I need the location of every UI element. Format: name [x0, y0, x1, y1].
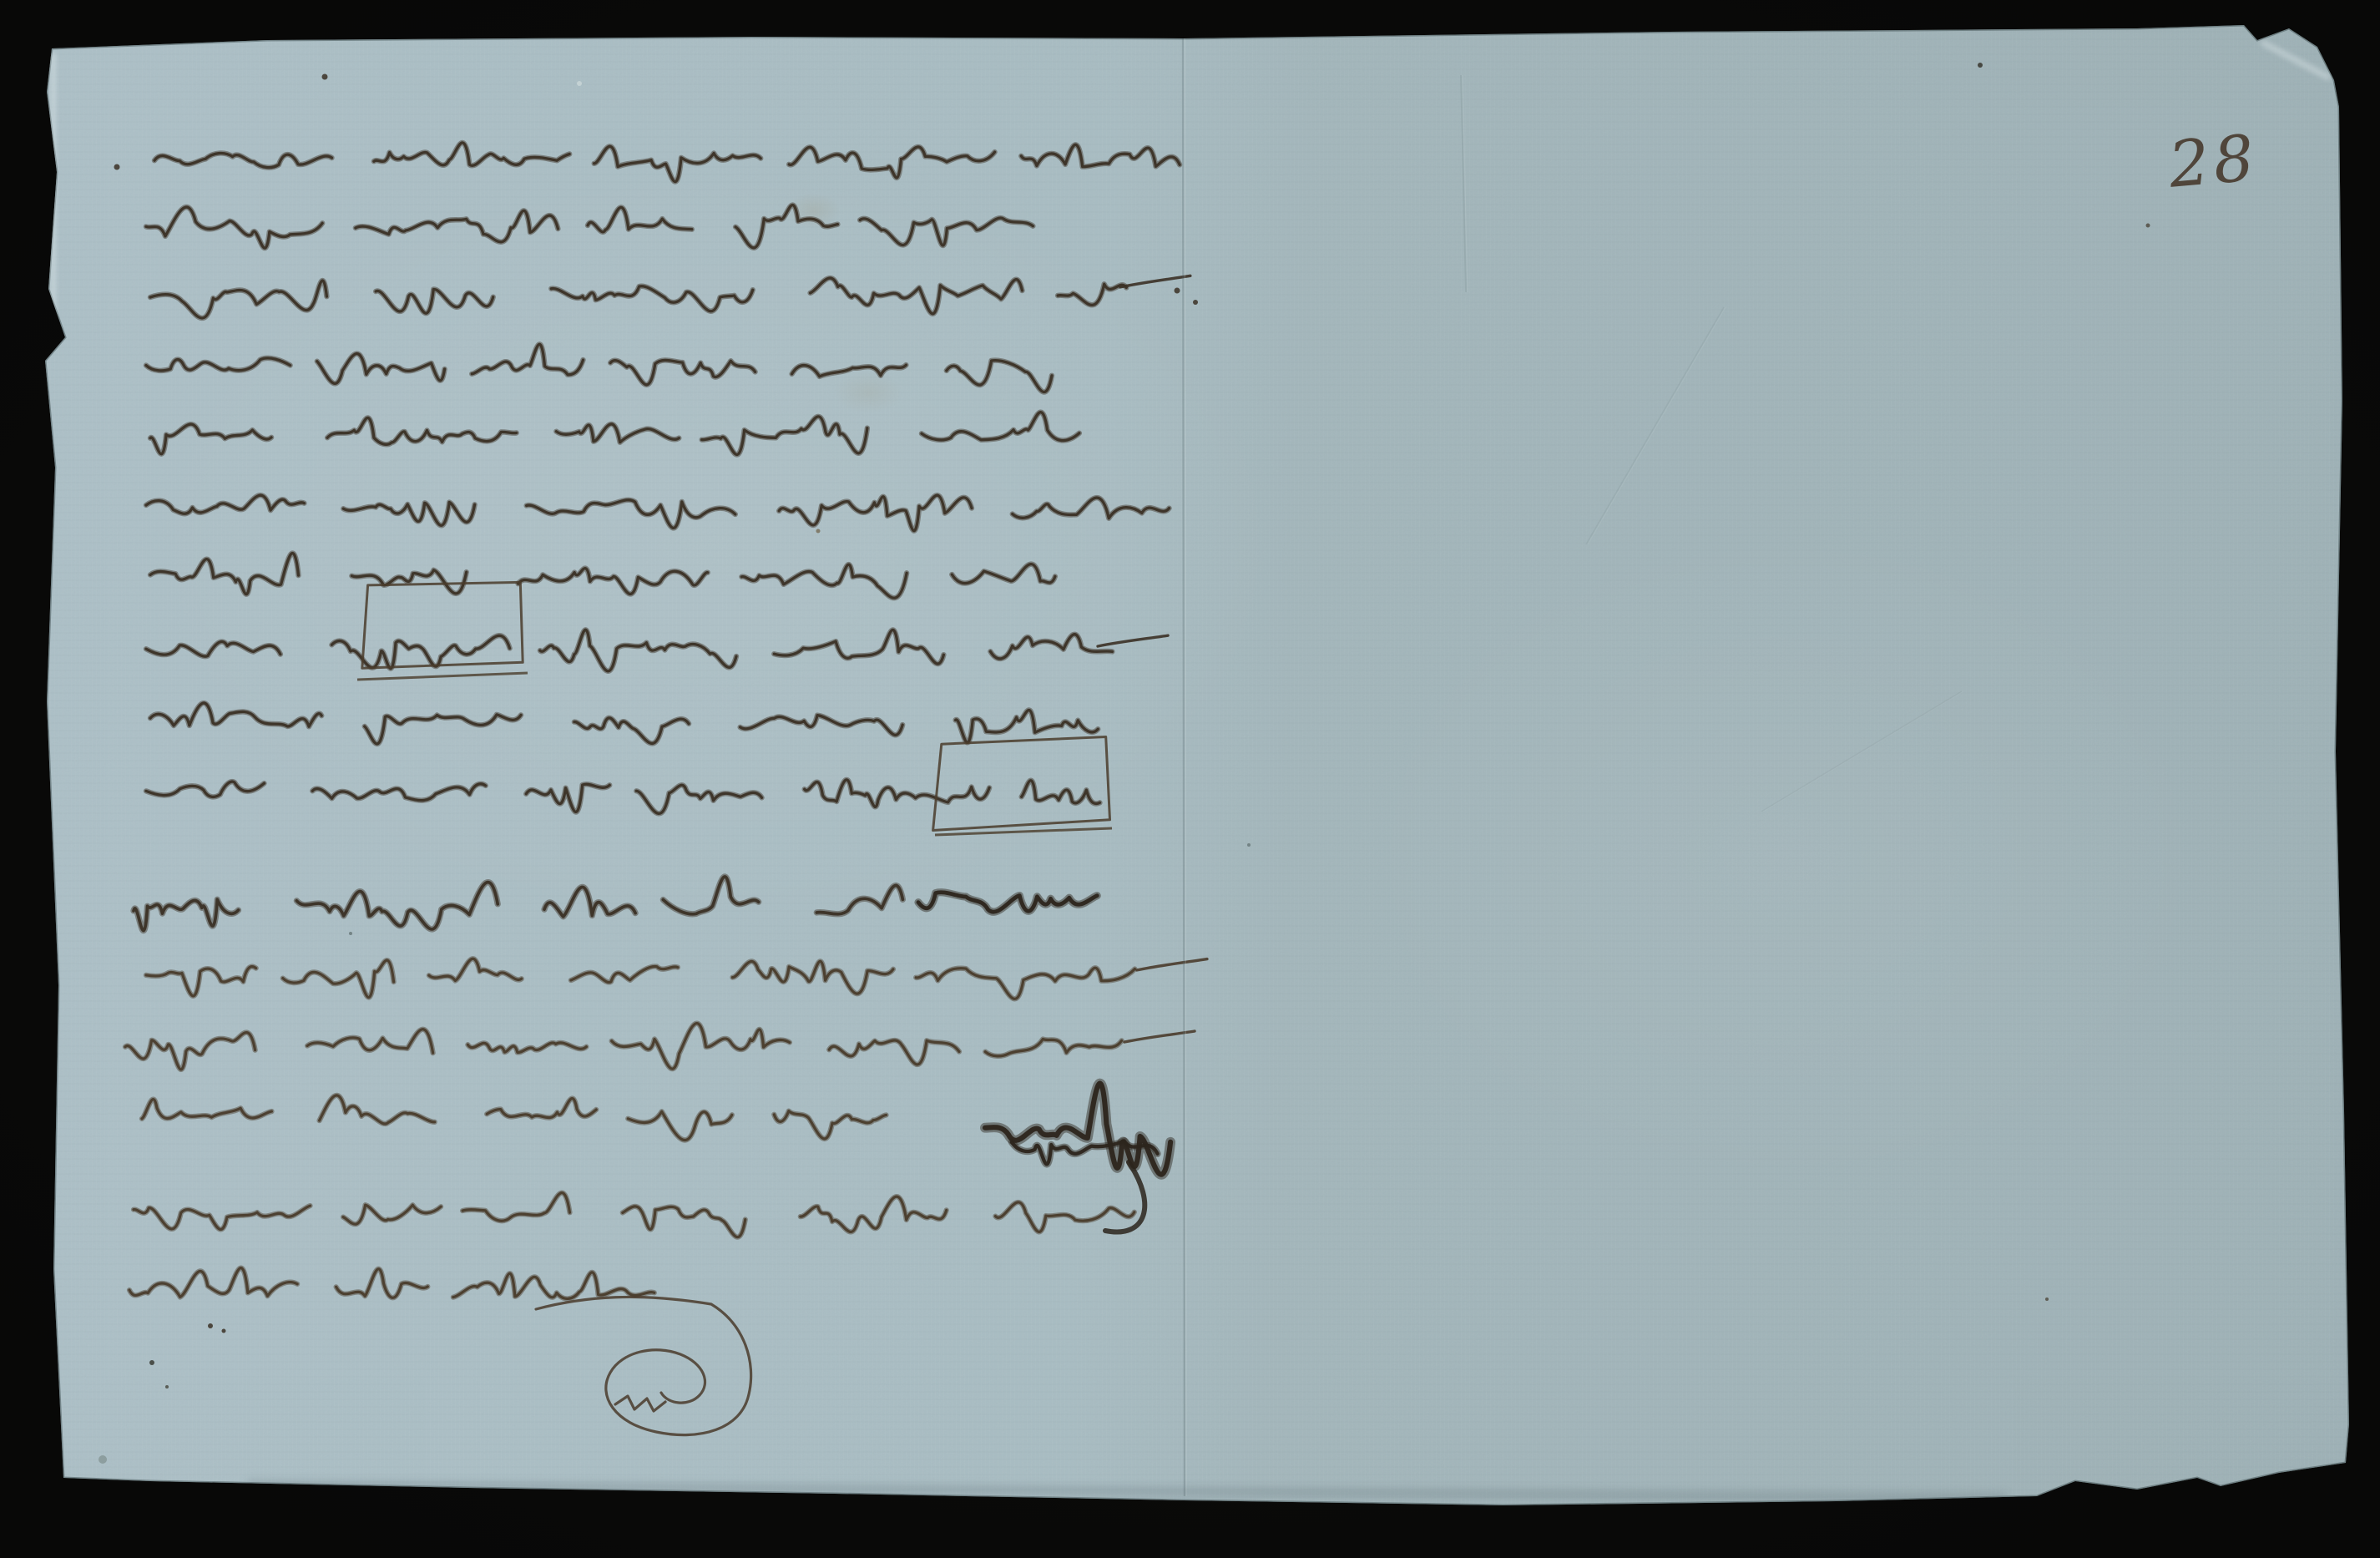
paper-content — [0, 0, 2380, 1558]
paper-speck — [1247, 843, 1251, 847]
ink-dot — [208, 1323, 213, 1328]
paper-speck — [2045, 1297, 2049, 1301]
paper-speck — [349, 932, 352, 935]
ink-dot — [1193, 300, 1198, 305]
paper-speck — [1978, 63, 1983, 68]
paper-speck — [816, 529, 821, 534]
scan-background: 28 — [0, 0, 2380, 1558]
ink-dot — [222, 1329, 226, 1333]
ink-dot — [1175, 288, 1180, 294]
ink-dot — [114, 164, 120, 170]
paper-speck — [165, 1385, 169, 1389]
folio-number: 28 — [2165, 116, 2305, 202]
paper-speck — [149, 1360, 154, 1365]
paper-grain-texture — [0, 0, 2380, 1558]
paper-speck — [577, 81, 582, 86]
handwriting-layer — [0, 0, 2380, 1558]
paper-speck — [2146, 224, 2150, 228]
ink-dot — [322, 74, 328, 80]
paper-speck — [99, 1455, 107, 1464]
